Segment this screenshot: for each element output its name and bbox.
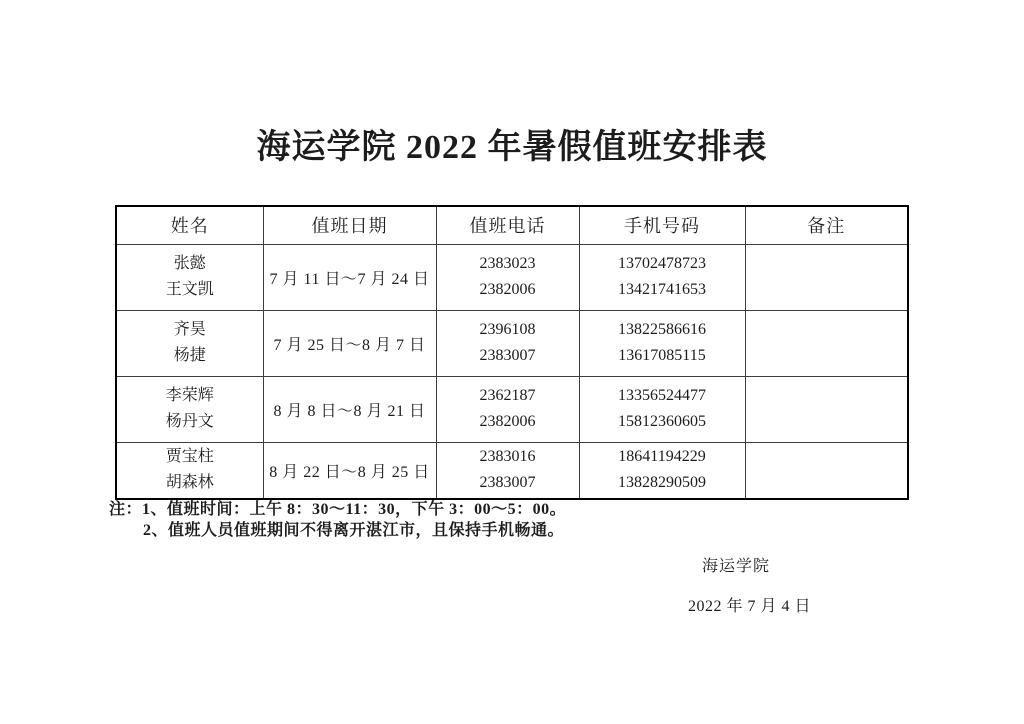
- mobile-cell: 13356524477 15812360605: [579, 376, 745, 442]
- note-text-2: 2、值班人员值班期间不得离开湛江市，且保持手机畅通。: [143, 522, 564, 539]
- date-cell: 7 月 11 日～7 月 24 日: [263, 244, 436, 310]
- table-header-row: 姓名 值班日期 值班电话 手机号码 备注: [116, 206, 908, 244]
- page-title: 海运学院 2022 年暑假值班安排表: [0, 128, 1024, 168]
- date-cell: 8 月 8 日～8 月 21 日: [263, 376, 436, 442]
- table-row: 贾宝柱 胡森林 8 月 22 日～8 月 25 日 2383016 238300…: [116, 442, 908, 499]
- note-line-1: 注：1、值班时间：上午 8：30～11：30，下午 3：00～5：00。: [109, 499, 566, 520]
- phone-cell: 2383023 2382006: [436, 244, 579, 310]
- table-row: 李荣辉 杨丹文 8 月 8 日～8 月 21 日 2362187 2382006…: [116, 376, 908, 442]
- note-text-1: 1、值班时间：上午 8：30～11：30，下午 3：00～5：00。: [142, 501, 566, 518]
- remark-cell: [745, 442, 908, 499]
- table-row: 张懿 王文凯 7 月 11 日～7 月 24 日 2383023 2382006…: [116, 244, 908, 310]
- duty-schedule-table: 姓名 值班日期 值班电话 手机号码 备注 张懿 王文凯 7 月 11 日～7 月…: [115, 205, 909, 500]
- name-cell: 李荣辉 杨丹文: [116, 376, 263, 442]
- header-duty-phone: 值班电话: [436, 206, 579, 244]
- name-cell: 张懿 王文凯: [116, 244, 263, 310]
- name-cell: 齐昊 杨捷: [116, 310, 263, 376]
- signature-org: 海运学院: [702, 553, 770, 576]
- phone-cell: 2362187 2382006: [436, 376, 579, 442]
- notes: 注：1、值班时间：上午 8：30～11：30，下午 3：00～5：00。 2、值…: [109, 499, 566, 541]
- note-line-2: 2、值班人员值班期间不得离开湛江市，且保持手机畅通。: [143, 520, 566, 541]
- phone-cell: 2396108 2383007: [436, 310, 579, 376]
- remark-cell: [745, 376, 908, 442]
- header-duty-date: 值班日期: [263, 206, 436, 244]
- mobile-cell: 18641194229 13828290509: [579, 442, 745, 499]
- signature-date: 2022 年 7 月 4 日: [688, 593, 811, 616]
- remark-cell: [745, 310, 908, 376]
- mobile-cell: 13822586616 13617085115: [579, 310, 745, 376]
- mobile-cell: 13702478723 13421741653: [579, 244, 745, 310]
- date-cell: 7 月 25 日～8 月 7 日: [263, 310, 436, 376]
- table-row: 齐昊 杨捷 7 月 25 日～8 月 7 日 2396108 2383007 1…: [116, 310, 908, 376]
- name-cell: 贾宝柱 胡森林: [116, 442, 263, 499]
- phone-cell: 2383016 2383007: [436, 442, 579, 499]
- document-page: 海运学院 2022 年暑假值班安排表 姓名 值班日期 值班电话 手机号码 备注 …: [0, 0, 1024, 724]
- date-cell: 8 月 22 日～8 月 25 日: [263, 442, 436, 499]
- remark-cell: [745, 244, 908, 310]
- note-prefix: 注：: [109, 501, 142, 518]
- header-name: 姓名: [116, 206, 263, 244]
- header-mobile-number: 手机号码: [579, 206, 745, 244]
- header-remarks: 备注: [745, 206, 908, 244]
